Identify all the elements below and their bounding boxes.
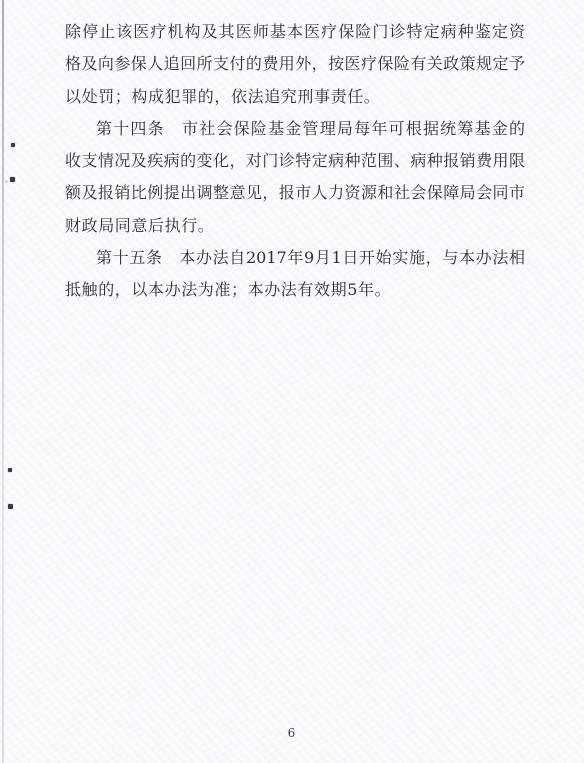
text-line: 财政局同意后执行。 [65, 210, 525, 242]
scanner-edge-artifact [2, 0, 4, 763]
text-line: 第十五条 本办法自2017年9月1日开始实施，与本办法相 [65, 242, 525, 274]
ink-speck [10, 177, 15, 182]
ink-speck [11, 143, 15, 147]
page-number: 6 [0, 726, 584, 740]
document-text-block: 除停止该医疗机构及其医师基本医疗保险门诊特定病种鉴定资格及向参保人追回所支付的费… [65, 16, 525, 307]
text-line: 除停止该医疗机构及其医师基本医疗保险门诊特定病种鉴定资 [65, 16, 525, 48]
text-line: 收支情况及疾病的变化，对门诊特定病种范围、病种报销费用限 [65, 145, 525, 177]
ink-speck [8, 468, 12, 472]
text-line: 格及向参保人追回所支付的费用外，按医疗保险有关政策规定予 [65, 48, 525, 80]
text-line: 抵触的，以本办法为准；本办法有效期5年。 [65, 274, 525, 306]
text-line: 第十四条 市社会保险基金管理局每年可根据统筹基金的 [65, 113, 525, 145]
ink-speck [8, 504, 13, 509]
text-line: 以处罚；构成犯罪的，依法追究刑事责任。 [65, 81, 525, 113]
text-line: 额及报销比例提出调整意见，报市人力资源和社会保障局会同市 [65, 177, 525, 209]
